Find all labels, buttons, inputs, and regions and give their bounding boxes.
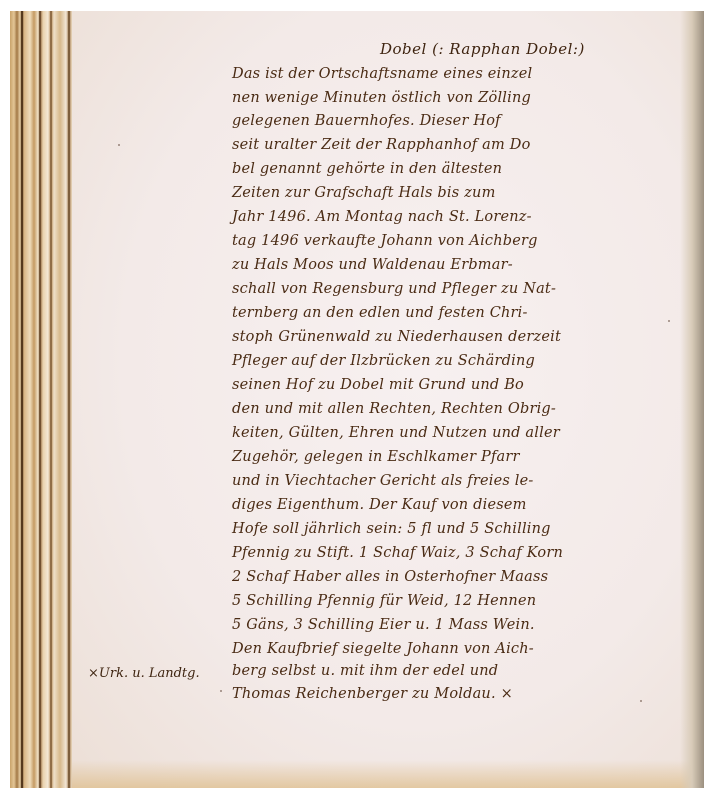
page-heading: Dobel (: Rapphan Dobel:): [380, 40, 585, 58]
text-line: seinen Hof zu Dobel mit Grund und Bo: [232, 377, 692, 393]
text-line: Zeiten zur Grafschaft Hals bis zum: [232, 185, 692, 201]
text-line: Jahr 1496. Am Montag nach St. Lorenz-: [232, 209, 692, 225]
text-line: Hofe soll jährlich sein: 5 fl und 5 Schi…: [232, 521, 692, 537]
text-line: Zugehör, gelegen in Eschlkamer Pfarr: [232, 449, 692, 465]
text-line: ternberg an den edlen und festen Chri-: [232, 305, 692, 321]
text-line: tag 1496 verkaufte Johann von Aichberg: [232, 233, 692, 249]
text-line: schall von Regensburg und Pfleger zu Nat…: [232, 281, 692, 297]
text-line: stoph Grünenwald zu Niederhausen derzeit: [232, 329, 692, 345]
text-line: und in Viechtacher Gericht als freies le…: [232, 473, 692, 489]
text-line: berg selbst u. mit ihm der edel und: [232, 663, 692, 679]
text-line: 5 Schilling Pfennig für Weid, 12 Hennen: [232, 593, 692, 609]
text-line: nen wenige Minuten östlich von Zölling: [232, 90, 692, 106]
text-line: Pfennig zu Stift. 1 Schaf Waiz, 3 Schaf …: [232, 545, 692, 561]
text-line: zu Hals Moos und Waldenau Erbmar-: [232, 257, 692, 273]
text-line: den und mit allen Rechten, Rechten Obrig…: [232, 401, 692, 417]
text-line: diges Eigenthum. Der Kauf von diesem: [232, 497, 692, 513]
text-line: 2 Schaf Haber alles in Osterhofner Maass: [232, 569, 692, 585]
margin-annotation: ×Urk. u. Landtg.: [88, 666, 200, 681]
text-line: Thomas Reichenberger zu Moldau. ×: [232, 686, 692, 702]
text-line: seit uralter Zeit der Rapphanhof am Do: [232, 137, 692, 153]
text-line: gelegenen Bauernhofes. Dieser Hof: [232, 113, 692, 129]
text-line: bel genannt gehörte in den ältesten: [232, 161, 692, 177]
text-line: Den Kaufbrief siegelte Johann von Aich-: [232, 641, 692, 657]
text-line: 5 Gäns, 3 Schilling Eier u. 1 Mass Wein.: [232, 617, 692, 633]
text-line: Das ist der Ortschaftsname eines einzel: [232, 66, 692, 82]
text-line: Pfleger auf der Ilzbrücken zu Schärding: [232, 353, 692, 369]
text-line: keiten, Gülten, Ehren und Nutzen und all…: [232, 425, 692, 441]
